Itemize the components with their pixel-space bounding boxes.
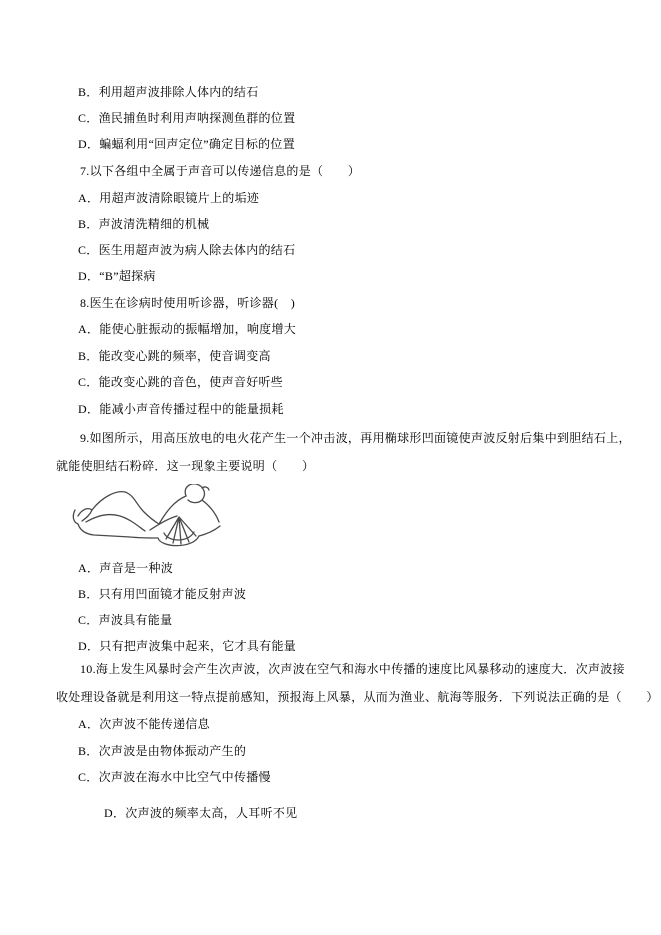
lithotripsy-patient-icon — [70, 484, 222, 550]
question-6-option-d: D．蝙蝠利用“回声定位”确定目标的位置 — [78, 136, 295, 152]
question-6-option-c: C．渔民捕鱼时利用声呐探测鱼群的位置 — [78, 110, 295, 126]
question-10-stem-line-2: 收处理设备就是利用这一特点提前感知，预报海上风暴，从而为渔业、航海等服务．下列说… — [56, 689, 659, 705]
question-7-stem: 7.以下各组中全属于声音可以传递信息的是（ ） — [80, 163, 360, 179]
question-9-option-c: C．声波具有能量 — [78, 612, 172, 628]
question-7-option-b: B．声波清洗精细的机械 — [78, 216, 209, 232]
question-7-option-a: A．用超声波清除眼镜片上的垢迹 — [78, 190, 259, 206]
question-9-stem-line-2: 就能使胆结石粉碎．这一现象主要说明（ ） — [56, 458, 314, 474]
question-8-option-c: C．能改变心跳的音色，使声音好听些 — [78, 374, 283, 390]
question-9-stem-line-1: 9.如图所示，用高压放电的电火花产生一个冲击波，再用椭球形凹面镜使声波反射后集中… — [80, 430, 631, 446]
question-6-option-b: B．利用超声波排除人体内的结石 — [78, 84, 259, 100]
question-10-stem-line-1: 10.海上发生风暴时会产生次声波，次声波在空气和海水中传播的速度比风暴移动的速度… — [80, 661, 625, 677]
question-8-option-a: A．能使心脏振动的振幅增加，响度增大 — [78, 321, 296, 337]
question-8-option-d: D．能减小声音传播过程中的能量损耗 — [78, 401, 284, 417]
document-page: B．利用超声波排除人体内的结石 C．渔民捕鱼时利用声呐探测鱼群的位置 D．蝙蝠利… — [0, 0, 661, 935]
question-9-option-a: A．声音是一种波 — [78, 560, 173, 576]
question-7-option-c: C．医生用超声波为病人除去体内的结石 — [78, 242, 295, 258]
lithotripsy-figure — [70, 484, 222, 550]
question-9-option-d: D．只有把声波集中起来，它才具有能量 — [78, 638, 296, 654]
question-8-stem: 8.医生在诊病时使用听诊器，听诊器( ) — [80, 295, 295, 311]
question-10-option-a: A．次声波不能传递信息 — [78, 716, 210, 732]
question-10-option-b: B．次声波是由物体振动产生的 — [78, 743, 246, 759]
question-7-option-d: D．“B”超探病 — [78, 268, 156, 284]
question-8-option-b: B．能改变心跳的频率，使音调变高 — [78, 348, 271, 364]
question-10-option-d: D．次声波的频率太高，人耳听不见 — [104, 805, 297, 821]
question-9-option-b: B．只有用凹面镜才能反射声波 — [78, 586, 246, 602]
question-10-option-c: C．次声波在海水中比空气中传播慢 — [78, 769, 271, 785]
